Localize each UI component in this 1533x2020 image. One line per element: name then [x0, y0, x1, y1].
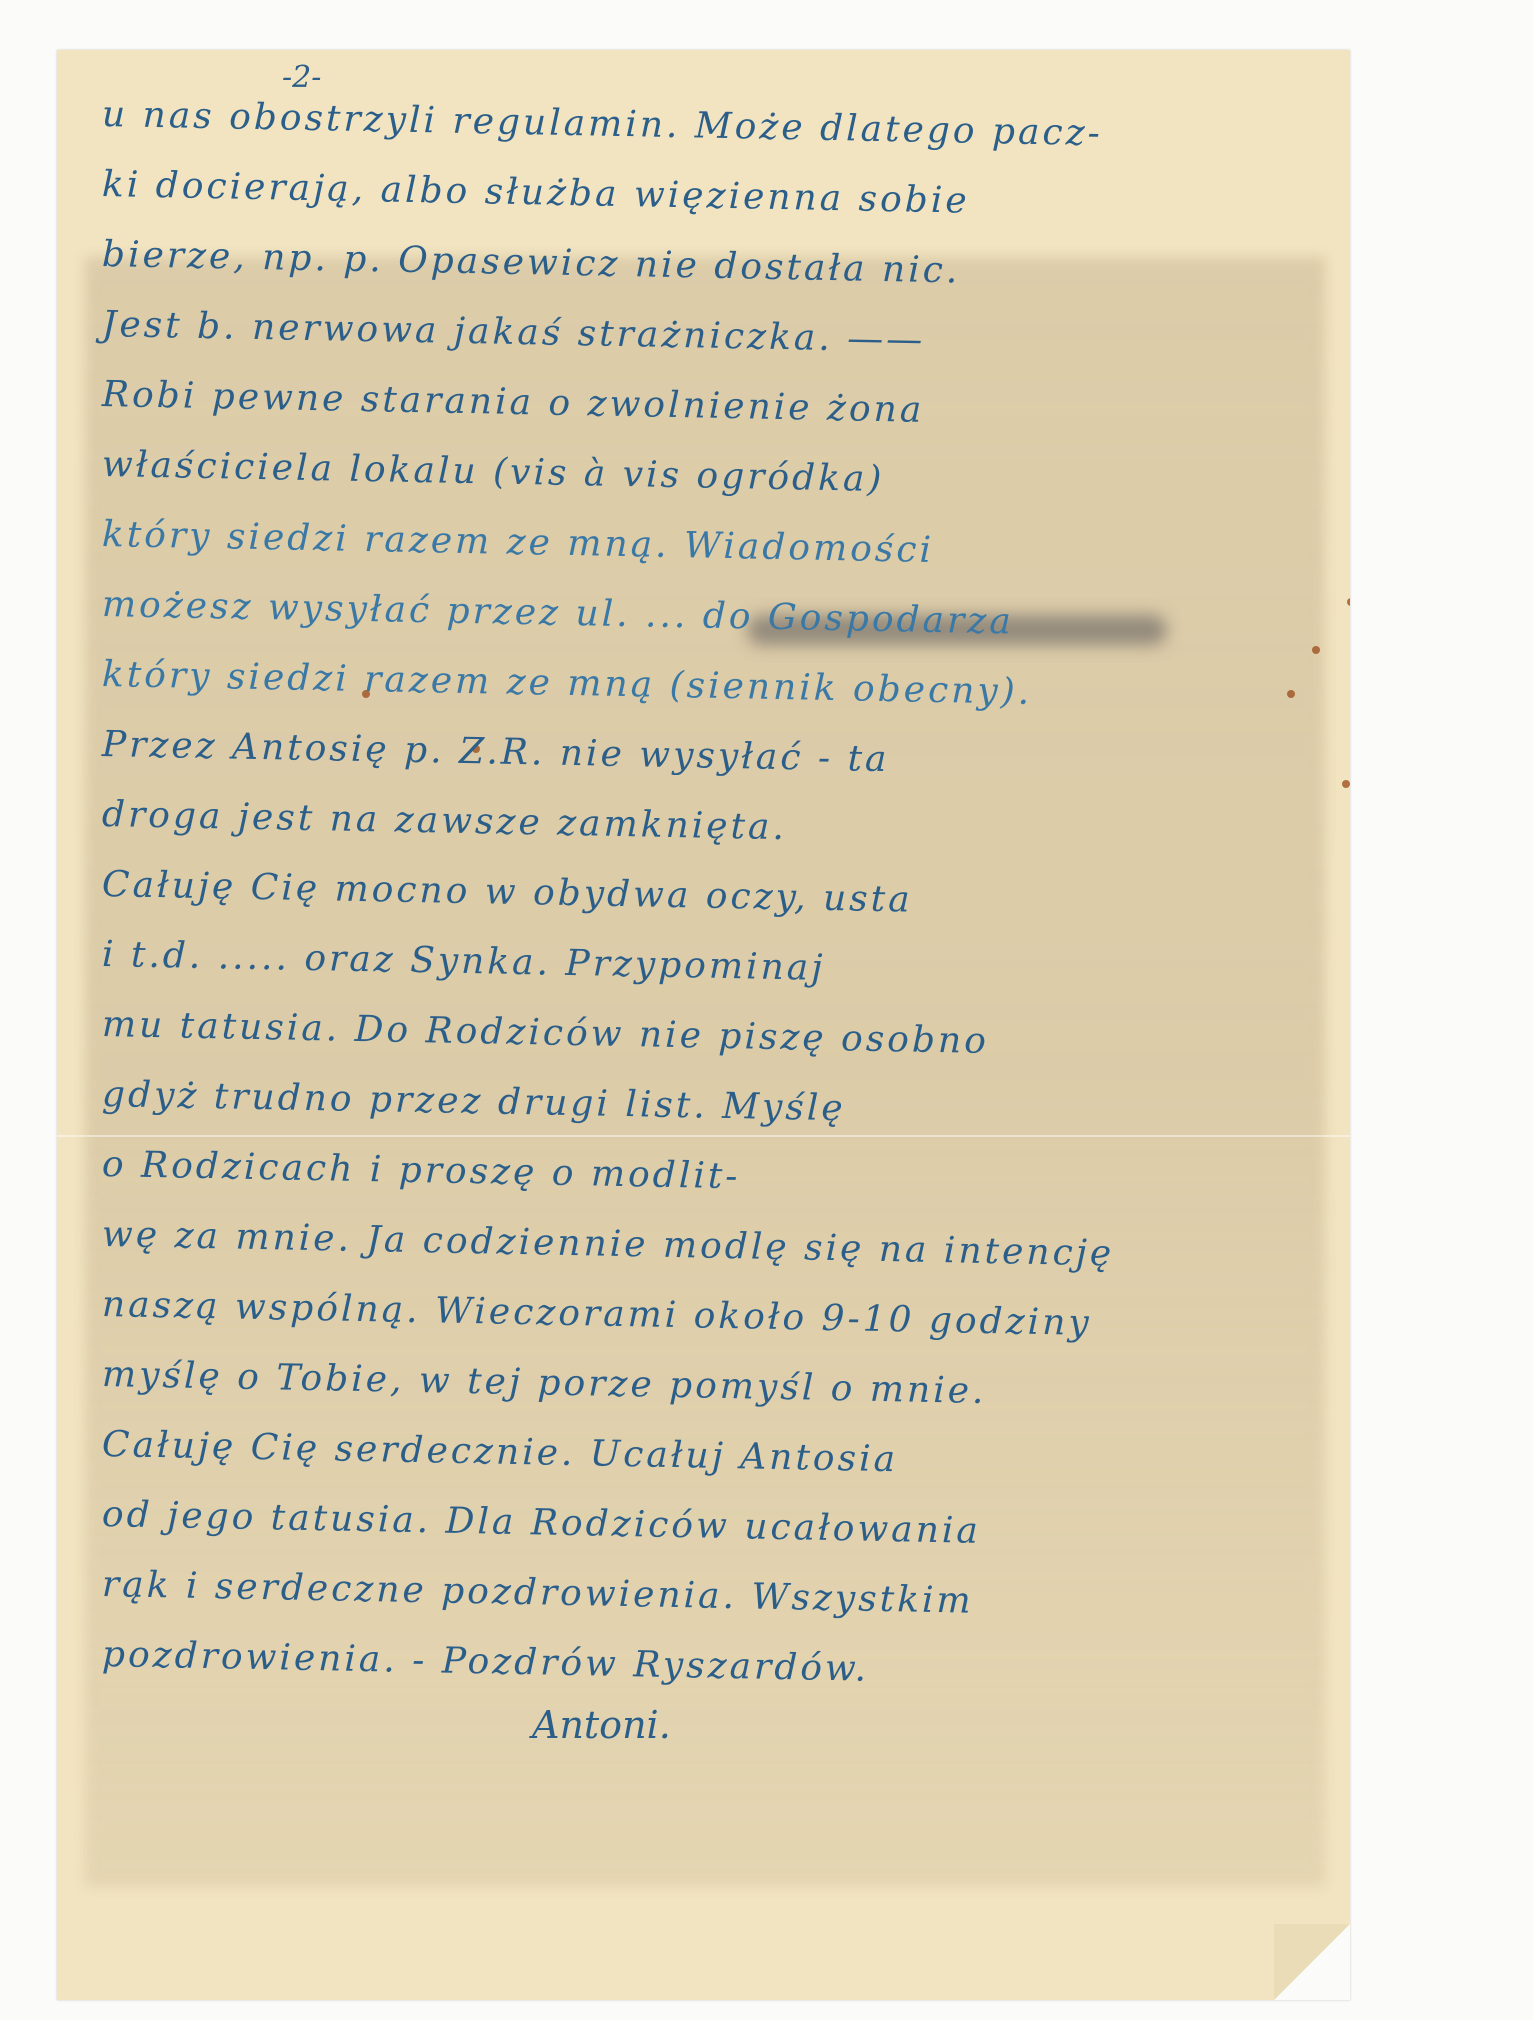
letter-body: u nas obostrzyli regulamin. Może dlatego… — [102, 80, 1342, 1760]
foxing-spot — [1347, 598, 1350, 606]
foxing-spot — [1342, 780, 1350, 788]
letter-paper: -2- u nas obostrzyli regulamin. Może dla… — [57, 50, 1350, 2000]
folded-corner — [1274, 1924, 1350, 2000]
